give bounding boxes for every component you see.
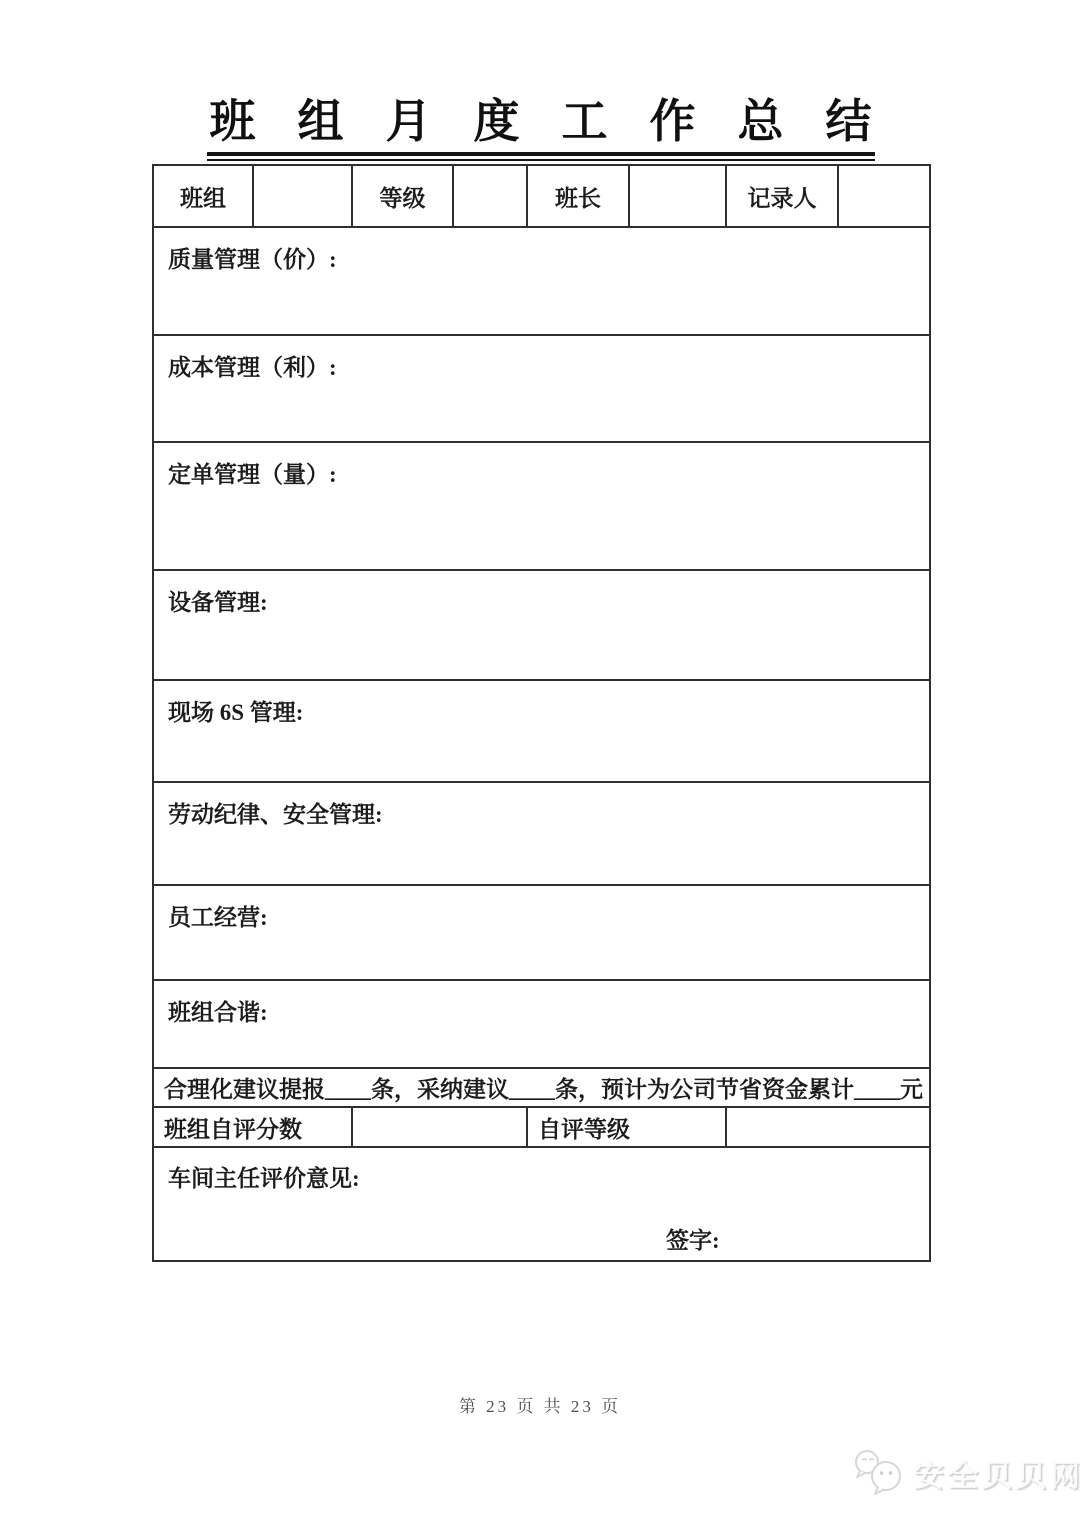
page-number: 第 23 页 共 23 页 [0, 1392, 1080, 1417]
section-row-discipline-safety: 劳动纪律、安全管理: [153, 782, 930, 885]
grade-value-cell [453, 165, 527, 227]
recorder-value-cell [838, 165, 930, 227]
section-row-harmony: 班组合谐: [153, 980, 930, 1068]
grade-label-cell: 等级 [352, 165, 453, 227]
suggestion-row: 合理化建议提报____条，采纳建议____条，预计为公司节省资金累计____元 [153, 1068, 930, 1107]
self-grade-label-cell: 自评等级 [527, 1107, 726, 1147]
section-row-quality: 质量管理（价）: [153, 227, 930, 335]
section-row-equipment: 设备管理: [153, 570, 930, 680]
cost-management-cell: 成本管理（利）: [153, 335, 930, 442]
section-row-6s: 现场 6S 管理: [153, 680, 930, 782]
chat-bubbles-icon [852, 1448, 906, 1498]
section-row-employee: 员工经营: [153, 885, 930, 980]
site-watermark: 安全贝贝网 [852, 1448, 1080, 1498]
supervisor-evaluation-row: 车间主任评价意见: 签字: [153, 1147, 930, 1261]
watermark-site-name: 安全贝贝网 [914, 1451, 1080, 1495]
recorder-label-cell: 记录人 [726, 165, 838, 227]
supervisor-evaluation-label: 车间主任评价意见: [168, 1166, 360, 1191]
section-row-cost: 成本管理（利）: [153, 335, 930, 442]
signature-label: 签字: [666, 1222, 720, 1255]
site-6s-management-cell: 现场 6S 管理: [153, 680, 930, 782]
rationalization-suggestion-cell: 合理化建议提报____条，采纳建议____条，预计为公司节省资金累计____元 [153, 1068, 930, 1107]
self-grade-value-cell [726, 1107, 930, 1147]
leader-label-cell: 班长 [527, 165, 629, 227]
monthly-summary-table: 班组 等级 班长 记录人 质量管理（价）: 成本管理（利）: 定单管理（量）: … [152, 164, 931, 1262]
quality-management-cell: 质量管理（价）: [153, 227, 930, 335]
self-score-value-cell [352, 1107, 527, 1147]
section-row-order: 定单管理（量）: [153, 442, 930, 570]
self-score-label-cell: 班组自评分数 [153, 1107, 352, 1147]
header-row: 班组 等级 班长 记录人 [153, 165, 930, 227]
title-double-underline [207, 152, 875, 161]
discipline-safety-cell: 劳动纪律、安全管理: [153, 782, 930, 885]
document-page: 班组月度工作总结 班组 等级 班长 记录人 质量管理（价）: 成本管理（利）: … [152, 0, 929, 1262]
team-label-cell: 班组 [153, 165, 253, 227]
self-evaluation-row: 班组自评分数 自评等级 [153, 1107, 930, 1147]
order-management-cell: 定单管理（量）: [153, 442, 930, 570]
leader-value-cell [629, 165, 726, 227]
supervisor-evaluation-cell: 车间主任评价意见: 签字: [153, 1147, 930, 1261]
team-harmony-cell: 班组合谐: [153, 980, 930, 1068]
team-value-cell [253, 165, 352, 227]
page-title: 班组月度工作总结 [152, 99, 929, 145]
employee-operation-cell: 员工经营: [153, 885, 930, 980]
equipment-management-cell: 设备管理: [153, 570, 930, 680]
